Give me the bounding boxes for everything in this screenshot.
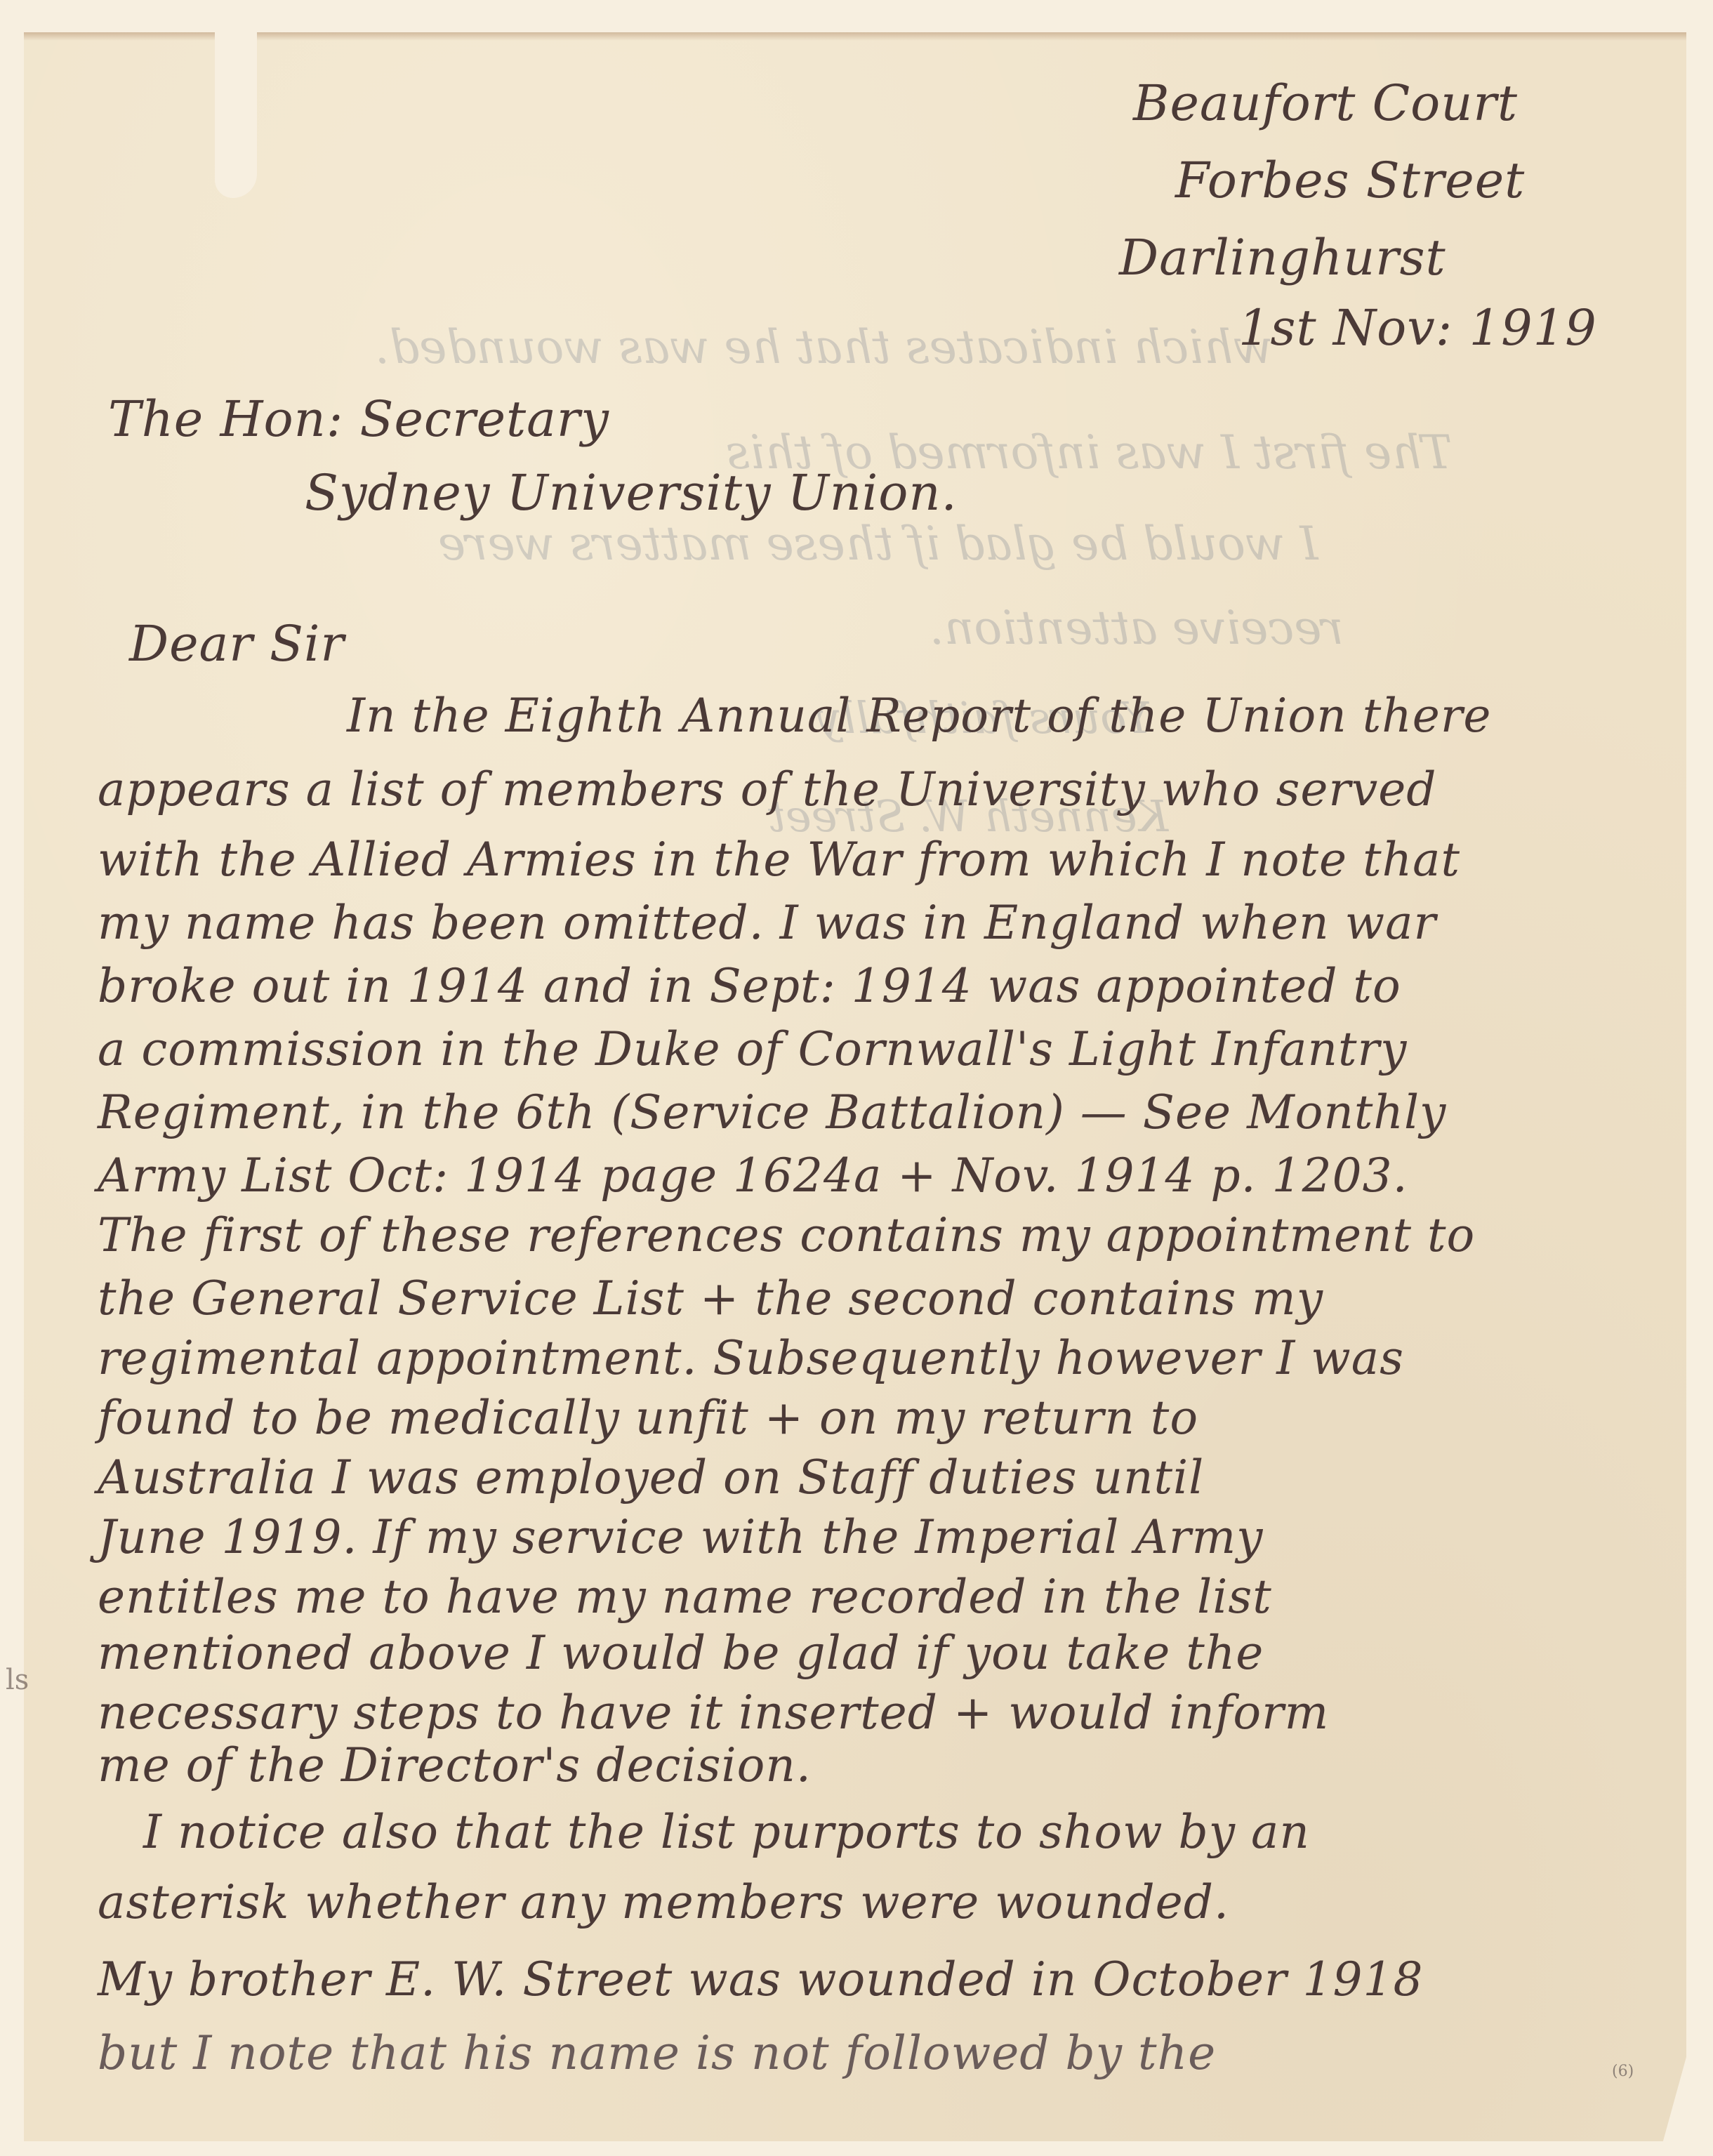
body-line: broke out in 1914 and in Sept: 1914 was …	[98, 959, 1401, 1013]
body-line: with the Allied Armies in the War from w…	[98, 833, 1460, 887]
body-line: a commission in the Duke of Cornwall's L…	[98, 1022, 1407, 1076]
body-line: I notice also that the list purports to …	[143, 1805, 1310, 1859]
body-line: necessary steps to have it inserted + wo…	[98, 1686, 1329, 1740]
paper-tear	[215, 32, 257, 198]
body-line: regimental appointment. Subsequently how…	[98, 1331, 1404, 1385]
salutation: Dear Sir	[129, 615, 345, 673]
bleed-through-line: which indicates that he was wounded.	[375, 320, 1273, 374]
body-line: entitles me to have my name recorded in …	[98, 1570, 1272, 1624]
address-line-3: Darlinghurst	[1119, 229, 1446, 286]
archive-mark: (6)	[1612, 2063, 1634, 2080]
body-line: asterisk whether any members were wounde…	[98, 1875, 1229, 1929]
body-line: found to be medically unfit + on my retu…	[98, 1391, 1198, 1445]
body-line: but I note that his name is not followed…	[98, 2026, 1216, 2080]
body-line: June 1919. If my service with the Imperi…	[98, 1510, 1263, 1564]
body-line: In the Eighth Annual Report of the Union…	[347, 689, 1491, 743]
body-line: mentioned above I would be glad if you t…	[98, 1626, 1264, 1680]
body-line: Army List Oct: 1914 page 1624a + Nov. 19…	[98, 1149, 1408, 1203]
address-line-2: Forbes Street	[1175, 152, 1525, 209]
bleed-through-line: I would be glad if these matters were	[438, 517, 1318, 571]
body-line: the General Service List + the second co…	[98, 1271, 1323, 1325]
address-line-1: Beaufort Court	[1133, 74, 1518, 132]
margin-mark: ls	[6, 1664, 29, 1696]
bleed-through-line: receive attention.	[930, 601, 1344, 655]
recipient-title: The Hon: Secretary	[108, 390, 609, 448]
body-line: my name has been omitted. I was in Engla…	[98, 896, 1436, 950]
recipient-organization: Sydney University Union.	[305, 464, 958, 522]
body-line: My brother E. W. Street was wounded in O…	[98, 1952, 1424, 2006]
body-line: The first of these references contains m…	[98, 1208, 1475, 1262]
body-line: Australia I was employed on Staff duties…	[98, 1450, 1204, 1504]
body-line: me of the Director's decision.	[98, 1738, 812, 1792]
body-line: appears a list of members of the Univers…	[98, 762, 1437, 816]
paper-stain	[24, 32, 1686, 41]
letter-sheet: which indicates that he was wounded. The…	[24, 32, 1686, 2141]
body-line: Regiment, in the 6th (Service Battalion)…	[98, 1085, 1446, 1139]
letter-date: 1st Nov: 1919	[1238, 299, 1597, 357]
